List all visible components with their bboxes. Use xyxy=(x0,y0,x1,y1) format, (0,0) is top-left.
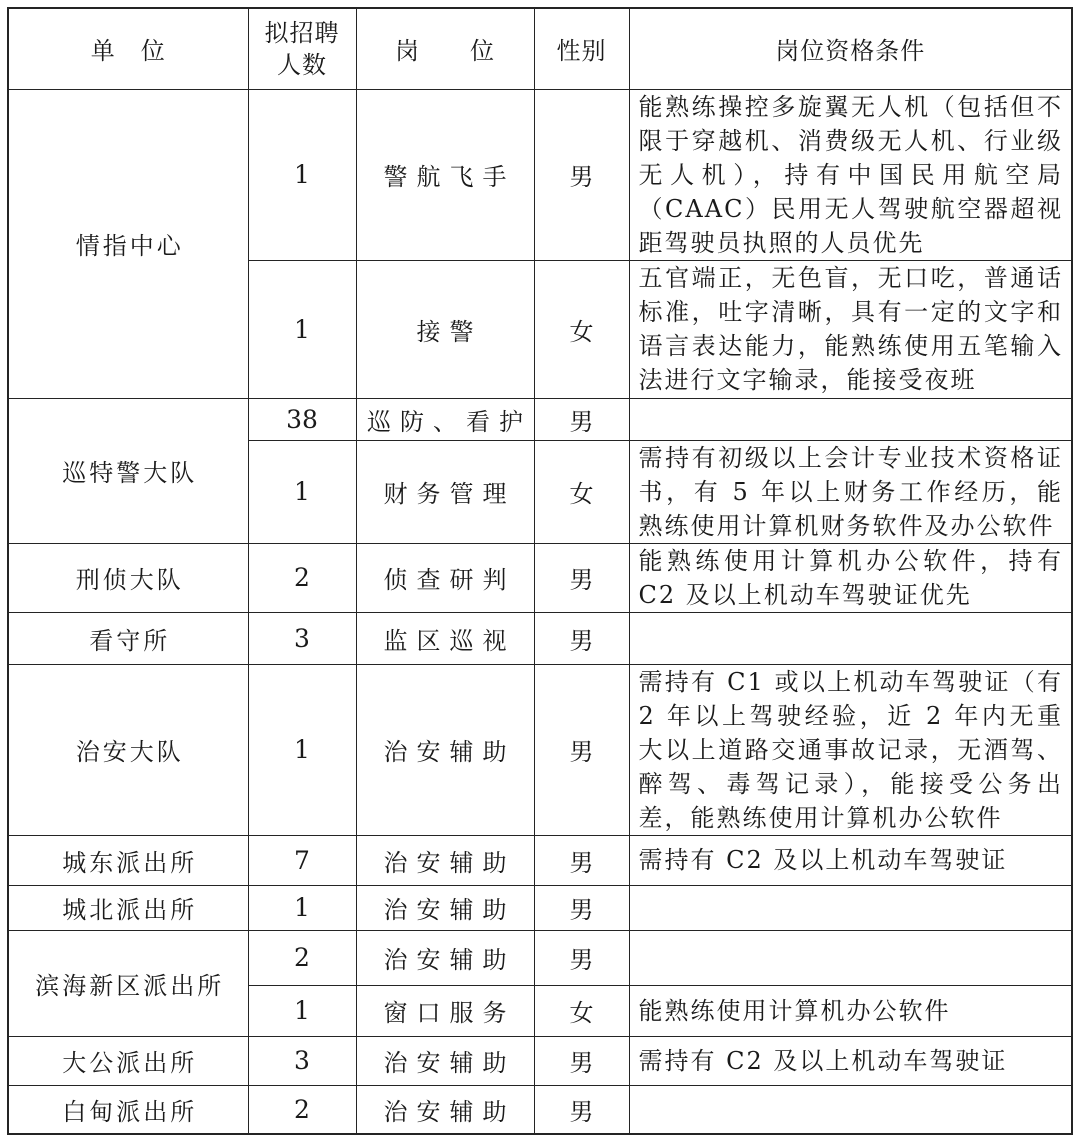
header-gender: 性别 xyxy=(534,8,629,89)
gender-cell: 男 xyxy=(534,543,629,612)
position-cell: 治安辅助 xyxy=(356,1085,534,1134)
position-cell: 巡防、看护 xyxy=(356,398,534,440)
gender-cell: 女 xyxy=(534,440,629,543)
header-requirement: 岗位资格条件 xyxy=(629,8,1072,89)
requirement-cell: 需持有初级以上会计专业技术资格证书，有 5 年以上财务工作经历，能熟练使用计算机… xyxy=(629,440,1072,543)
unit-cell: 情指中心 xyxy=(8,89,248,398)
position-cell: 治安辅助 xyxy=(356,885,534,930)
position-cell: 警航飞手 xyxy=(356,89,534,260)
table-row: 情指中心 1 警航飞手 男 能熟练操控多旋翼无人机（包括但不限于穿越机、消费级无… xyxy=(8,89,1072,260)
table-row: 治安大队 1 治安辅助 男 需持有 C1 或以上机动车驾驶证（有 2 年以上驾驶… xyxy=(8,664,1072,835)
header-count: 拟招聘人数 xyxy=(248,8,356,89)
table-row: 看守所 3 监区巡视 男 xyxy=(8,612,1072,664)
gender-cell: 男 xyxy=(534,1085,629,1134)
table-row: 刑侦大队 2 侦查研判 男 能熟练使用计算机办公软件，持有 C2 及以上机动车驾… xyxy=(8,543,1072,612)
count-cell: 7 xyxy=(248,835,356,885)
position-cell: 窗口服务 xyxy=(356,985,534,1036)
gender-cell: 男 xyxy=(534,398,629,440)
unit-cell: 城北派出所 xyxy=(8,885,248,930)
position-cell: 治安辅助 xyxy=(356,835,534,885)
requirement-cell: 五官端正，无色盲，无口吃，普通话标准，吐字清晰，具有一定的文字和语言表达能力，能… xyxy=(629,260,1072,398)
unit-cell: 滨海新区派出所 xyxy=(8,930,248,1036)
gender-cell: 男 xyxy=(534,885,629,930)
unit-cell: 治安大队 xyxy=(8,664,248,835)
requirement-cell xyxy=(629,398,1072,440)
gender-cell: 男 xyxy=(534,835,629,885)
requirement-cell: 能熟练使用计算机办公软件 xyxy=(629,985,1072,1036)
unit-cell: 城东派出所 xyxy=(8,835,248,885)
unit-cell: 巡特警大队 xyxy=(8,398,248,543)
gender-cell: 女 xyxy=(534,260,629,398)
count-cell: 1 xyxy=(248,89,356,260)
position-cell: 治安辅助 xyxy=(356,1036,534,1085)
gender-cell: 男 xyxy=(534,612,629,664)
requirement-cell: 能熟练操控多旋翼无人机（包括但不限于穿越机、消费级无人机、行业级无人机），持有中… xyxy=(629,89,1072,260)
position-cell: 治安辅助 xyxy=(356,930,534,985)
table-row: 滨海新区派出所 2 治安辅助 男 xyxy=(8,930,1072,985)
gender-cell: 男 xyxy=(534,930,629,985)
count-cell: 1 xyxy=(248,664,356,835)
table-row: 白甸派出所 2 治安辅助 男 xyxy=(8,1085,1072,1134)
header-position: 岗 位 xyxy=(356,8,534,89)
header-unit: 单 位 xyxy=(8,8,248,89)
gender-cell: 女 xyxy=(534,985,629,1036)
position-cell: 监区巡视 xyxy=(356,612,534,664)
table-row: 大公派出所 3 治安辅助 男 需持有 C2 及以上机动车驾驶证 xyxy=(8,1036,1072,1085)
requirement-cell xyxy=(629,930,1072,985)
unit-cell: 大公派出所 xyxy=(8,1036,248,1085)
recruitment-table: 单 位 拟招聘人数 岗 位 性别 岗位资格条件 情指中心 1 警航飞手 男 能熟… xyxy=(7,7,1073,1135)
requirement-cell xyxy=(629,1085,1072,1134)
position-cell: 治安辅助 xyxy=(356,664,534,835)
count-cell: 1 xyxy=(248,885,356,930)
count-cell: 2 xyxy=(248,930,356,985)
table-row: 巡特警大队 38 巡防、看护 男 xyxy=(8,398,1072,440)
requirement-cell xyxy=(629,612,1072,664)
count-cell: 2 xyxy=(248,1085,356,1134)
table-row: 城东派出所 7 治安辅助 男 需持有 C2 及以上机动车驾驶证 xyxy=(8,835,1072,885)
count-cell: 38 xyxy=(248,398,356,440)
requirement-cell: 需持有 C2 及以上机动车驾驶证 xyxy=(629,835,1072,885)
gender-cell: 男 xyxy=(534,664,629,835)
count-cell: 3 xyxy=(248,1036,356,1085)
unit-cell: 刑侦大队 xyxy=(8,543,248,612)
table-row: 城北派出所 1 治安辅助 男 xyxy=(8,885,1072,930)
count-cell: 1 xyxy=(248,440,356,543)
count-cell: 2 xyxy=(248,543,356,612)
unit-cell: 看守所 xyxy=(8,612,248,664)
unit-cell: 白甸派出所 xyxy=(8,1085,248,1134)
gender-cell: 男 xyxy=(534,1036,629,1085)
position-cell: 财务管理 xyxy=(356,440,534,543)
requirement-cell: 需持有 C2 及以上机动车驾驶证 xyxy=(629,1036,1072,1085)
count-cell: 3 xyxy=(248,612,356,664)
requirement-cell: 能熟练使用计算机办公软件，持有 C2 及以上机动车驾驶证优先 xyxy=(629,543,1072,612)
gender-cell: 男 xyxy=(534,89,629,260)
position-cell: 侦查研判 xyxy=(356,543,534,612)
header-count-label: 拟招聘人数 xyxy=(262,17,342,81)
requirement-cell: 需持有 C1 或以上机动车驾驶证（有 2 年以上驾驶经验，近 2 年内无重大以上… xyxy=(629,664,1072,835)
requirement-cell xyxy=(629,885,1072,930)
count-cell: 1 xyxy=(248,260,356,398)
header-row: 单 位 拟招聘人数 岗 位 性别 岗位资格条件 xyxy=(8,8,1072,89)
count-cell: 1 xyxy=(248,985,356,1036)
position-cell: 接警 xyxy=(356,260,534,398)
